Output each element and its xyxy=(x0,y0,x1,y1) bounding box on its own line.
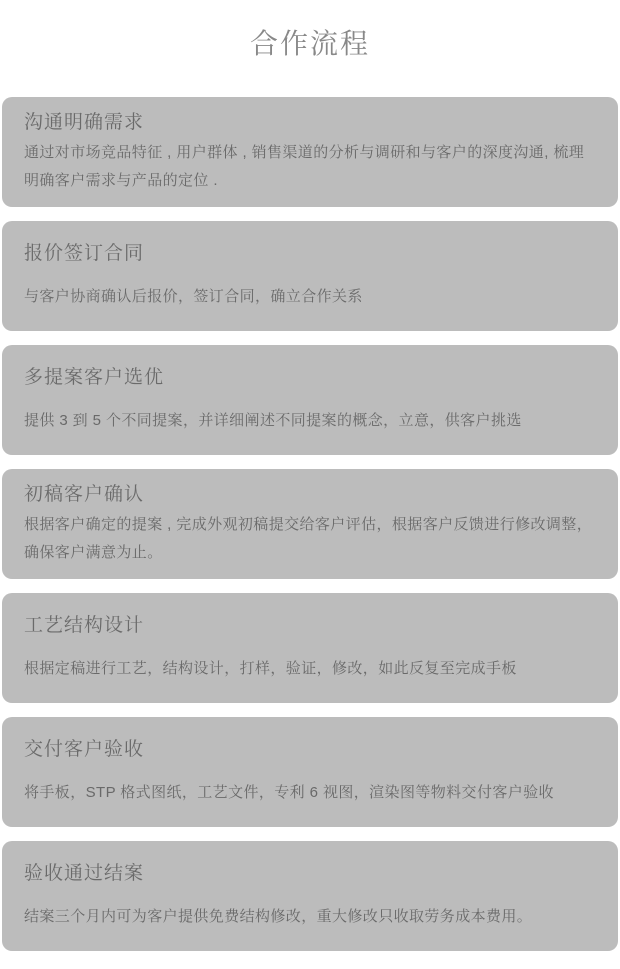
card-title: 工艺结构设计 xyxy=(24,613,596,639)
card-title: 验收通过结案 xyxy=(24,861,596,887)
card-description: 结案三个月内可为客户提供免费结构修改，重大修改只收取劳务成本费用。 xyxy=(24,903,596,931)
card-title: 多提案客户选优 xyxy=(24,365,596,391)
process-card-structure-design: 工艺结构设计 根据定稿进行工艺，结构设计，打样，验证，修改，如此反复至完成手板 xyxy=(2,593,618,703)
card-description: 将手板，STP 格式图纸，工艺文件，专利 6 视图，渲染图等物料交付客户验收 xyxy=(24,779,596,807)
page-title: 合作流程 xyxy=(0,0,620,64)
card-description: 提供 3 到 5 个不同提案，并详细阐述不同提案的概念，立意，供客户挑选 xyxy=(24,407,596,435)
process-card-list: 沟通明确需求 通过对市场竞品特征 , 用户群体 , 销售渠道的分析与调研和与客户… xyxy=(0,97,620,951)
card-description: 根据客户确定的提案 , 完成外观初稿提交给客户评估，根据客户反馈进行修改调整，确… xyxy=(24,511,596,567)
card-title: 交付客户验收 xyxy=(24,737,596,763)
process-card-communicate-needs: 沟通明确需求 通过对市场竞品特征 , 用户群体 , 销售渠道的分析与调研和与客户… xyxy=(2,97,618,207)
card-description: 与客户协商确认后报价，签订合同，确立合作关系 xyxy=(24,283,596,311)
card-description: 通过对市场竞品特征 , 用户群体 , 销售渠道的分析与调研和与客户的深度沟通, … xyxy=(24,139,596,195)
process-card-case-closed: 验收通过结案 结案三个月内可为客户提供免费结构修改，重大修改只收取劳务成本费用。 xyxy=(2,841,618,951)
card-title: 沟通明确需求 xyxy=(24,110,596,136)
process-card-draft-confirmation: 初稿客户确认 根据客户确定的提案 , 完成外观初稿提交给客户评估，根据客户反馈进… xyxy=(2,469,618,579)
cooperation-process-page: 合作流程 沟通明确需求 通过对市场竞品特征 , 用户群体 , 销售渠道的分析与调… xyxy=(0,0,620,969)
card-title: 报价签订合同 xyxy=(24,241,596,267)
process-card-multiple-proposals: 多提案客户选优 提供 3 到 5 个不同提案，并详细阐述不同提案的概念，立意，供… xyxy=(2,345,618,455)
process-card-quote-contract: 报价签订合同 与客户协商确认后报价，签订合同，确立合作关系 xyxy=(2,221,618,331)
process-card-delivery-acceptance: 交付客户验收 将手板，STP 格式图纸，工艺文件，专利 6 视图，渲染图等物料交… xyxy=(2,717,618,827)
card-title: 初稿客户确认 xyxy=(24,482,596,508)
card-description: 根据定稿进行工艺，结构设计，打样，验证，修改，如此反复至完成手板 xyxy=(24,655,596,683)
